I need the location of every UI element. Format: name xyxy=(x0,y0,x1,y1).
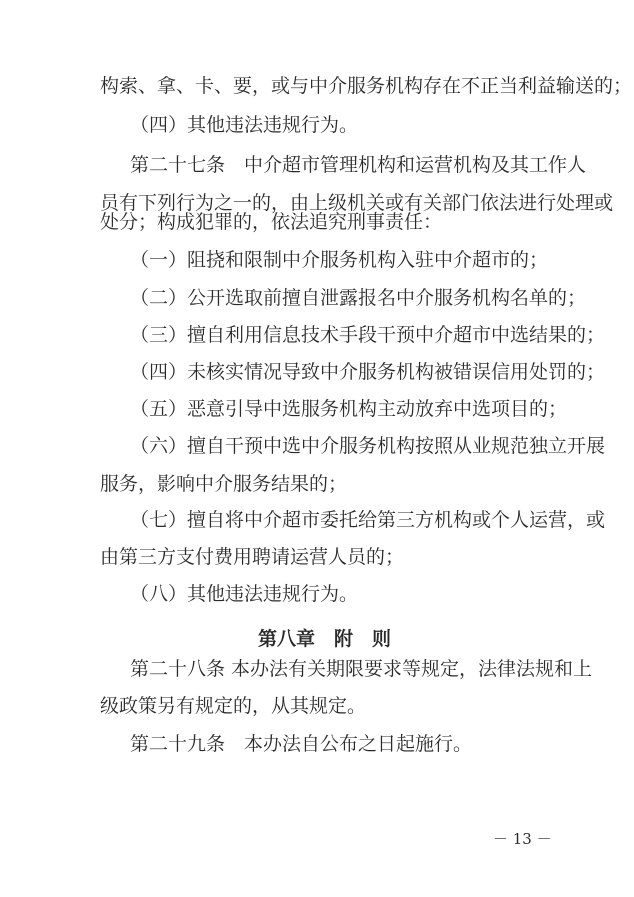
page-number: － 13 － xyxy=(493,828,552,849)
text-line: （四）未核实情况导致中介服务机构被错误信用处罚的； xyxy=(130,360,605,384)
text-line: 第二十七条 中介超市管理机构和运营机构及其工作人 xyxy=(130,153,560,177)
text-line: （五）恶意引导中选服务机构主动放弃中选项目的； xyxy=(130,397,567,421)
text-line: （二）公开选取前擅自泄露报名中介服务机构名单的； xyxy=(130,286,586,310)
text-line: 由第三方支付费用聘请运营人员的； xyxy=(100,545,404,569)
text-line: 服务，影响中介服务结果的； xyxy=(100,472,347,496)
text-line: （七）擅自将中介超市委托给第三方机构或个人运营，或 xyxy=(130,508,560,532)
text-line: （六）擅自干预中选中介服务机构按照从业规范独立开展 xyxy=(130,434,560,458)
chapter-heading: 第八章 附 则 xyxy=(258,627,391,651)
text-line: 第二十八条 本办法有关期限要求等规定，法律法规和上 xyxy=(130,657,560,681)
text-line: 构索、拿、卡、要，或与中介服务机构存在不正当利益输送的； xyxy=(100,74,560,98)
text-line: 级政策另有规定的，从其规定。 xyxy=(100,694,366,718)
text-line: 第二十九条 本办法自公布之日起施行。 xyxy=(130,732,472,756)
text-line: （八）其他违法违规行为。 xyxy=(130,582,358,606)
text-line: 处分；构成犯罪的，依法追究刑事责任： xyxy=(100,210,442,234)
text-line: （四）其他违法违规行为。 xyxy=(130,113,358,137)
text-line: （一）阻挠和限制中介服务机构入驻中介超市的； xyxy=(130,248,548,272)
text-line: （三）擅自利用信息技术手段干预中介超市中选结果的； xyxy=(130,323,605,347)
